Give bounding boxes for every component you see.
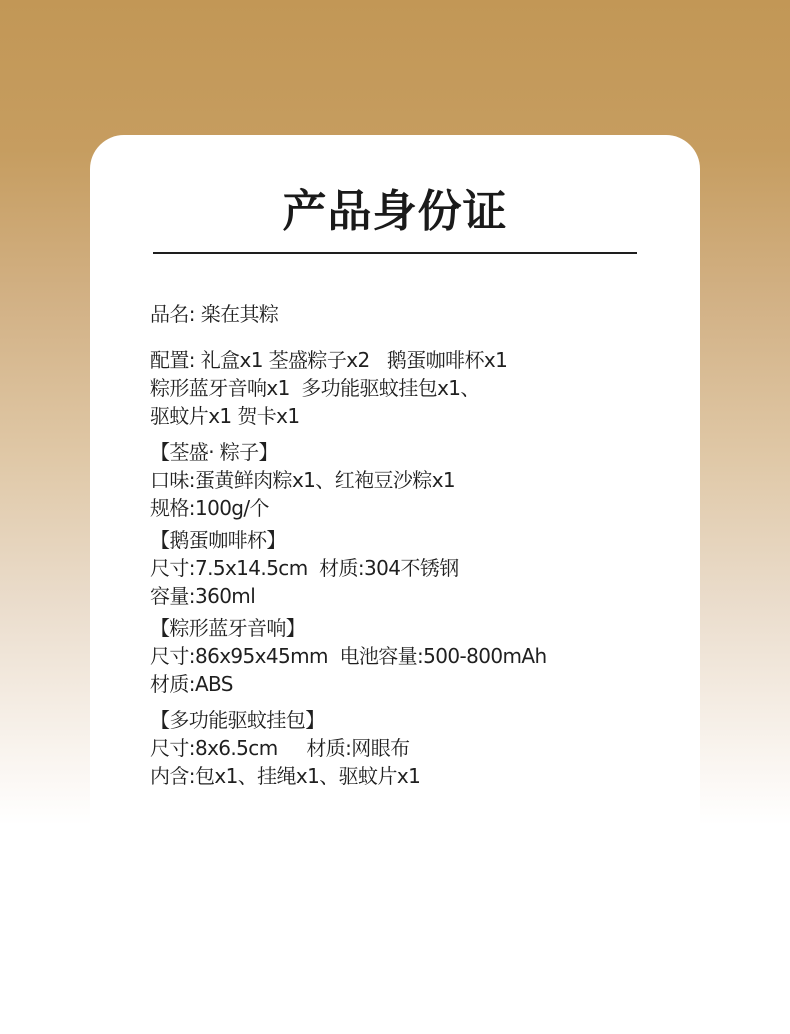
section-zongzi: 【荃盛· 粽子】 口味:蛋黄鲜肉粽x1、红袍豆沙粽x1 规格:100g/个 (150, 438, 670, 522)
product-name: 品名: 楽在其粽 (150, 300, 670, 328)
spec-line: 尺寸:86x95x45mm 电池容量:500-800mAh (150, 642, 670, 670)
title-divider (153, 252, 637, 254)
page-title: 产品身份证 (90, 175, 700, 239)
spec-line: 内含:包x1、挂绳x1、驱蚊片x1 (150, 762, 670, 790)
spec-line: 尺寸:8x6.5cm 材质:网眼布 (150, 734, 670, 762)
spec-line: 口味:蛋黄鲜肉粽x1、红袍豆沙粽x1 (150, 466, 670, 494)
section-heading: 【荃盛· 粽子】 (150, 438, 670, 466)
config-line: 粽形蓝牙音响x1 多功能驱蚊挂包x1、 (150, 374, 670, 402)
section-heading: 【鹅蛋咖啡杯】 (150, 526, 670, 554)
config-line: 配置: 礼盒x1 荃盛粽子x2 鹅蛋咖啡杯x1 (150, 346, 670, 374)
section-heading: 【粽形蓝牙音响】 (150, 614, 670, 642)
section-mosquito-pouch: 【多功能驱蚊挂包】 尺寸:8x6.5cm 材质:网眼布 内含:包x1、挂绳x1、… (150, 706, 670, 790)
spec-line: 规格:100g/个 (150, 494, 670, 522)
product-details: 品名: 楽在其粽 配置: 礼盒x1 荃盛粽子x2 鹅蛋咖啡杯x1 粽形蓝牙音响x… (150, 300, 670, 790)
spec-line: 容量:360ml (150, 582, 670, 610)
spec-line: 材质:ABS (150, 670, 670, 698)
section-bluetooth-speaker: 【粽形蓝牙音响】 尺寸:86x95x45mm 电池容量:500-800mAh 材… (150, 614, 670, 698)
product-id-card: 产品身份证 品名: 楽在其粽 配置: 礼盒x1 荃盛粽子x2 鹅蛋咖啡杯x1 粽… (90, 135, 700, 1034)
spec-line: 尺寸:7.5x14.5cm 材质:304不锈钢 (150, 554, 670, 582)
product-config: 配置: 礼盒x1 荃盛粽子x2 鹅蛋咖啡杯x1 粽形蓝牙音响x1 多功能驱蚊挂包… (150, 346, 670, 430)
config-line: 驱蚊片x1 贺卡x1 (150, 402, 670, 430)
section-heading: 【多功能驱蚊挂包】 (150, 706, 670, 734)
section-coffee-cup: 【鹅蛋咖啡杯】 尺寸:7.5x14.5cm 材质:304不锈钢 容量:360ml (150, 526, 670, 610)
